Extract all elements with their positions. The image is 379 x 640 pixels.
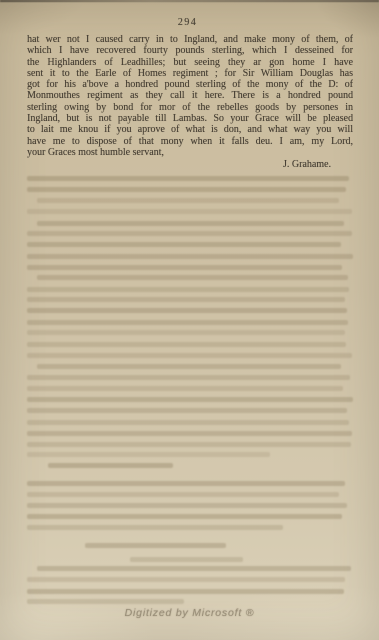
ghost-line: [27, 342, 346, 347]
ghost-line: [27, 503, 347, 508]
text-line: sent it to the Earle of Homes regiment ;…: [27, 68, 353, 79]
ghost-line: [27, 577, 345, 582]
ghost-line: [27, 375, 350, 380]
ghost-line: [27, 442, 351, 447]
text-line: sterling owing by bond for mor of the re…: [27, 102, 353, 113]
text-line: Monmouthes regiment as they call it here…: [27, 90, 353, 101]
ghost-line: [27, 176, 349, 181]
signature: J. Grahame.: [27, 159, 353, 170]
ghost-line: [27, 308, 347, 313]
ghost-line: [27, 408, 347, 413]
ghost-line: [27, 492, 339, 497]
text-line: got for his a'bove a hondred pound sterl…: [27, 79, 353, 90]
ghost-line: [27, 330, 345, 335]
ghost-line: [27, 589, 344, 594]
ghost-line: [27, 231, 352, 236]
ghost-line: [27, 297, 345, 302]
ghost-line: [37, 566, 351, 571]
ghost-line: [27, 254, 353, 259]
ghost-line: [37, 275, 348, 280]
digitized-watermark: Digitized by Microsoft ®: [0, 607, 379, 619]
ghost-line: [27, 514, 342, 519]
ghost-line: [27, 287, 349, 292]
ghost-line: [27, 431, 352, 436]
ghost-line: [27, 320, 348, 325]
ghost-line: [27, 481, 345, 486]
ghost-line: [37, 198, 339, 203]
ghost-line: [130, 557, 243, 562]
ghost-line: [27, 265, 342, 270]
ghost-line: [85, 543, 226, 548]
text-line: which I have recovered fourty pounds ste…: [27, 45, 353, 56]
ghost-line: [27, 209, 352, 214]
ghost-line: [27, 599, 184, 604]
text-line: to lait me knou if you aprove of what is…: [27, 124, 353, 135]
ghost-line: [27, 353, 352, 358]
ghost-line: [27, 187, 346, 192]
ghost-line: [27, 397, 353, 402]
ghost-line: [37, 364, 341, 369]
text-line: the Highlanders of Leadhilles; but seein…: [27, 57, 353, 68]
text-line: Ingland, but is not payable till Lambas.…: [27, 113, 353, 124]
ghost-line: [27, 386, 343, 391]
ghost-line: [27, 242, 341, 247]
ghost-line: [37, 221, 344, 226]
text-line: hat wer not I caused carry in to Ingland…: [27, 34, 353, 45]
ghost-line: [48, 463, 173, 468]
page-number: 294: [0, 17, 375, 28]
ghost-line: [27, 525, 283, 530]
text-line: your Graces most humble servant,: [27, 147, 353, 158]
ghost-line: [27, 420, 349, 425]
letter-text: hat wer not I caused carry in to Ingland…: [27, 34, 353, 171]
text-line: have me to dispose of that mony when it …: [27, 136, 353, 147]
ghost-line: [27, 452, 270, 457]
scanned-book-page: 294 hat wer not I caused carry in to Ing…: [0, 0, 379, 640]
